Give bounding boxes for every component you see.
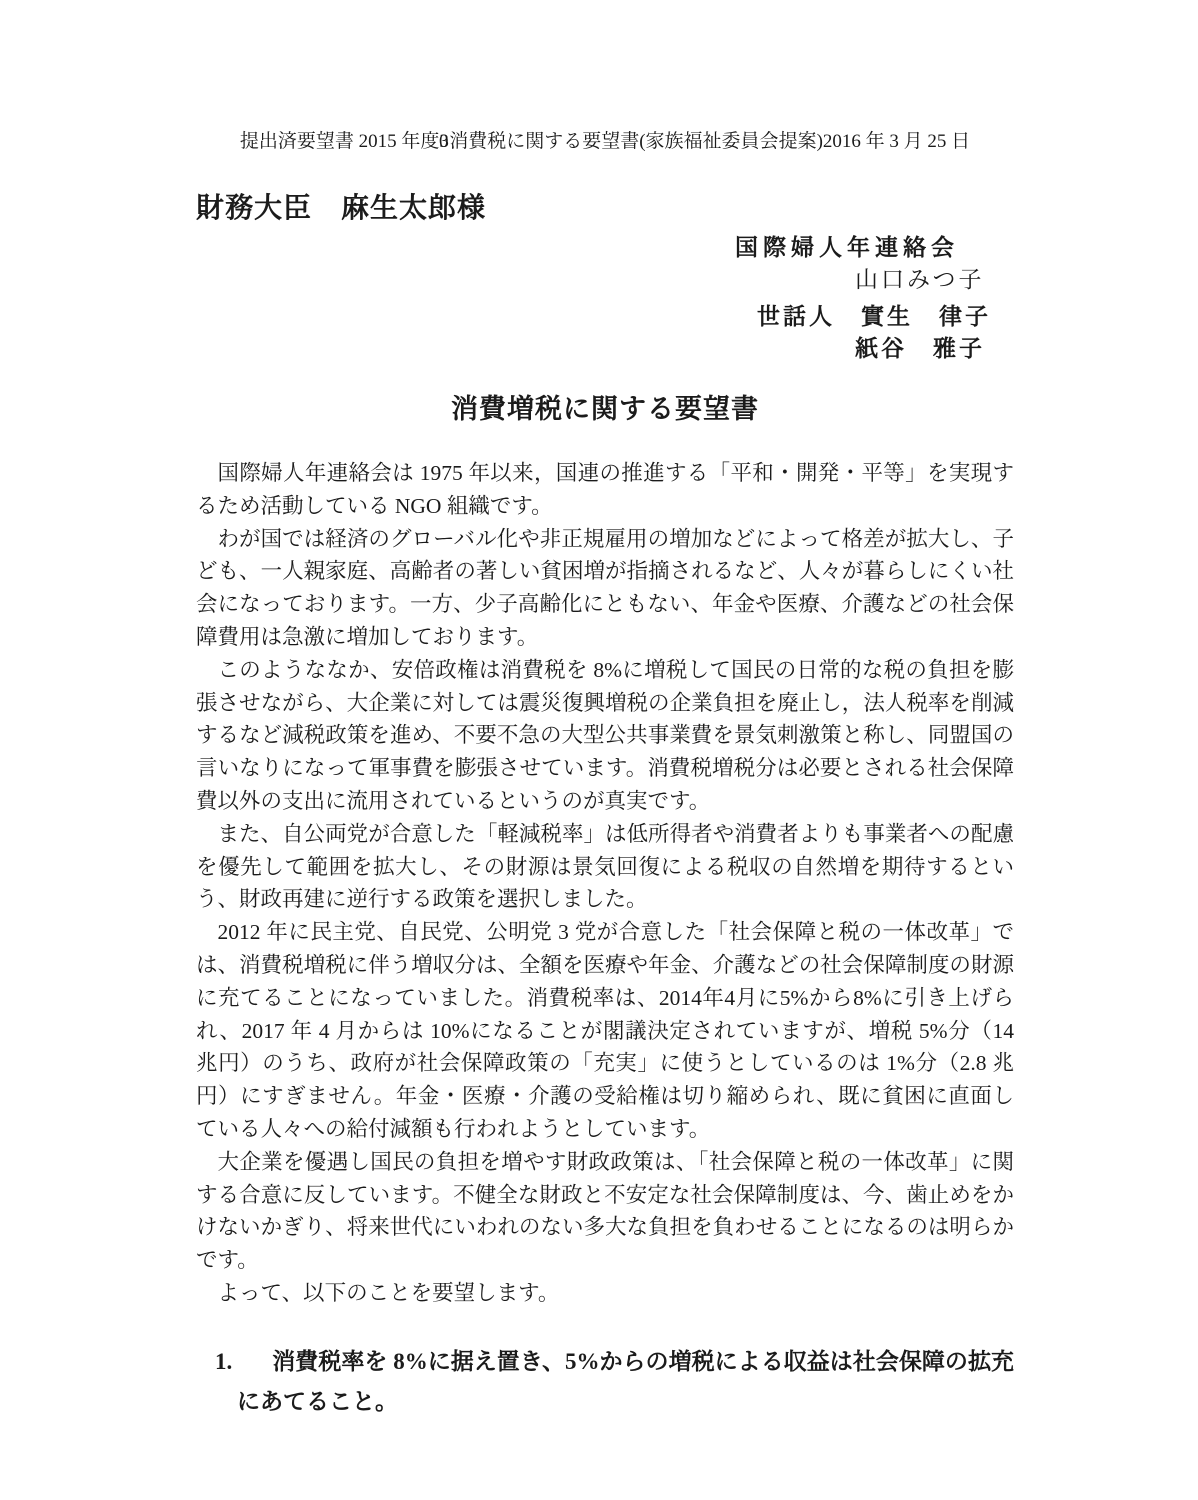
document-page: 提出済要望書 2015 年度30消費税に関する要望書(家族福祉委員会提案)201… (0, 0, 1198, 1500)
request-text: 消費税率を 8%に据え置き、5%からの増税による収益は社会保障の拡充にあてること… (237, 1349, 1014, 1414)
sender-representative: 山口みつ子 (855, 264, 1014, 296)
sender-block: 国際婦人年連絡会 山口みつ子 世話人 實生 律子 紙谷 雅子 (196, 232, 1014, 365)
header-text-after: 消費税に関する要望書(家族福祉委員会提案)2016 年 3 月 25 日 (449, 131, 970, 152)
paragraph-1: 国際婦人年連絡会は 1975 年以来，国連の推進する「平和・開発・平等」を実現す… (196, 457, 1014, 523)
paragraph-3: このようななか、安倍政権は消費税を 8%に増税して国民の日常的な税の負担を膨張さ… (196, 654, 1014, 818)
request-item-1: 1.消費税率を 8%に据え置き、5%からの増税による収益は社会保障の拡充にあてる… (196, 1342, 1014, 1422)
paragraph-2: わが国では経済のグローバル化や非正規雇用の増加などによって格差が拡大し、子ども、… (196, 523, 1014, 654)
request-number: 1. (215, 1349, 232, 1374)
paragraph-4: また、自公両党が合意した「軽減税率」は低所得者や消費者よりも事業者への配慮を優先… (196, 818, 1014, 916)
document-header-line: 提出済要望書 2015 年度30消費税に関する要望書(家族福祉委員会提案)201… (196, 130, 1014, 154)
sender-caretaker-1: 世話人 實生 律子 (757, 301, 1014, 333)
document-body: 国際婦人年連絡会は 1975 年以来，国連の推進する「平和・開発・平等」を実現す… (196, 457, 1014, 1310)
paragraph-6: 大企業を優遇し国民の負担を増やす財政政策は、「社会保障と税の一体改革」に関する合… (196, 1146, 1014, 1277)
sender-caretaker-2: 紙谷 雅子 (855, 333, 1014, 365)
sender-organization: 国際婦人年連絡会 (735, 232, 1014, 264)
document-title: 消費増税に関する要望書 (196, 391, 1014, 427)
addressee-line: 財務大臣 麻生太郎様 (196, 191, 1014, 227)
paragraph-7: よって、以下のことを要望します。 (196, 1277, 1014, 1310)
header-text-before: 提出済要望書 2015 年度 (240, 131, 440, 152)
paragraph-5: 2012 年に民主党、自民党、公明党 3 党が合意した「社会保障と税の一体改革」… (196, 916, 1014, 1146)
